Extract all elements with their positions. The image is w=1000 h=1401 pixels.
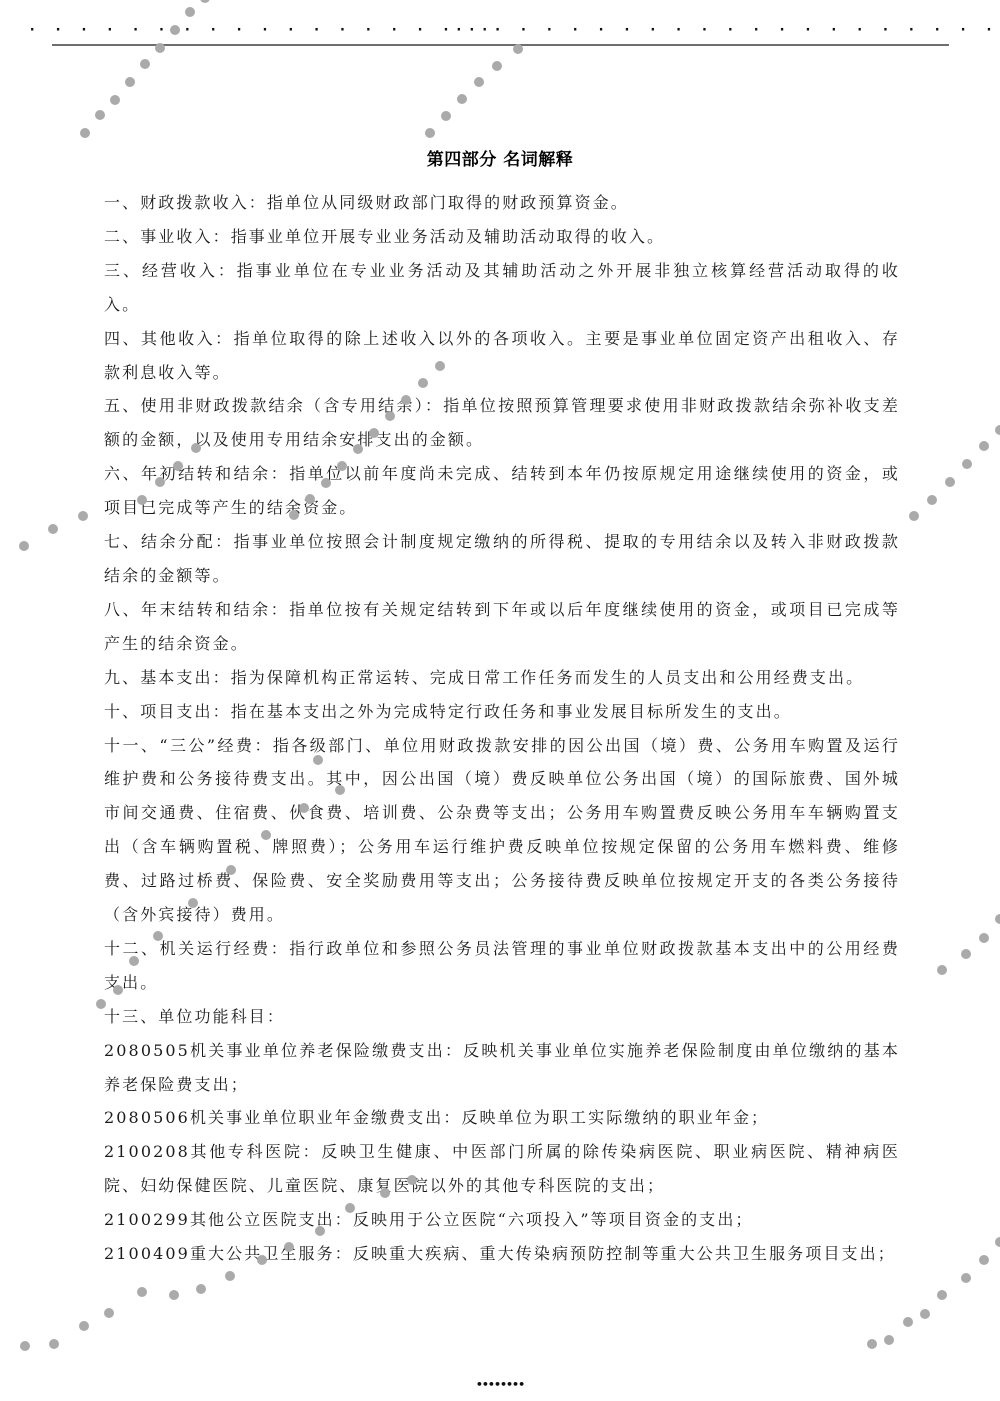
- watermark-dot: [110, 95, 120, 105]
- watermark-dot: [289, 510, 299, 520]
- watermark-dot: [155, 43, 165, 53]
- watermark-dot: [196, 1284, 206, 1294]
- glossary-item-8: 八、年末结转和结余：指单位按有关规定结转到下年或以后年度继续使用的资金，或项目已…: [104, 593, 900, 661]
- watermark-dot: [937, 1290, 947, 1300]
- watermark-dot: [185, 7, 195, 17]
- glossary-item-13: 十三、单位功能科目：: [104, 1000, 900, 1034]
- watermark-dot: [261, 830, 271, 840]
- glossary-item-2: 二、事业收入：指事业单位开展专业业务活动及辅助活动取得的收入。: [104, 220, 900, 254]
- header-rule: [52, 44, 949, 46]
- glossary-item-1: 一、财政拨款收入：指单位从同级财政部门取得的财政预算资金。: [104, 186, 900, 220]
- watermark-dot: [79, 1321, 89, 1331]
- watermark-dot: [125, 77, 135, 87]
- watermark-dot: [867, 1339, 877, 1349]
- glossary-item-11: 十一、“三公”经费：指各级部门、单位用财政拨款安排的因公出国（境）费、公务用车购…: [104, 729, 900, 932]
- watermark-dot: [173, 461, 183, 471]
- watermark-dot: [425, 128, 435, 138]
- footer-dot-leader: ••••••••: [0, 1378, 1000, 1391]
- watermark-dot: [474, 77, 484, 87]
- watermark-dot: [155, 477, 165, 487]
- watermark-dot: [979, 933, 989, 943]
- watermark-dot: [961, 1273, 971, 1283]
- watermark-dot: [909, 511, 919, 521]
- glossary-item-4: 四、其他收入：指单位取得的除上述收入以外的各项收入。主要是事业单位固定资产出租收…: [104, 322, 900, 390]
- watermark-dot: [129, 956, 139, 966]
- watermark-dot: [937, 965, 947, 975]
- watermark-dot: [299, 803, 309, 813]
- glossary-item-10: 十、项目支出：指在基本支出之外为完成特定行政任务和事业发展目标所发生的支出。: [104, 695, 900, 729]
- watermark-dot: [191, 443, 201, 453]
- glossary-item-7: 七、结余分配：指事业单位按照会计制度规定缴纳的所得税、提取的专用结余以及转入非财…: [104, 525, 900, 593]
- function-code-2100409: 2100409重大公共卫生服务：反映重大疾病、重大传染病预防控制等重大公共卫生服…: [104, 1237, 900, 1271]
- page-title: 第四部分 名词解释: [0, 145, 1000, 170]
- watermark-dot: [335, 785, 345, 795]
- watermark-dot: [95, 110, 105, 120]
- watermark-dot: [353, 444, 363, 454]
- watermark-dot: [385, 411, 395, 421]
- watermark-dot: [903, 1317, 913, 1327]
- glossary-item-5: 五、使用非财政拨款结余（含专用结余）：指单位按照预算管理要求使用非财政拨款结余弥…: [104, 389, 900, 457]
- watermark-dot: [995, 914, 1000, 924]
- watermark-dot: [995, 1237, 1000, 1247]
- glossary-item-3: 三、经营收入：指事业单位在专业业务活动及其辅助活动之外开展非独立核算经营活动取得…: [104, 254, 900, 322]
- watermark-dot: [80, 128, 90, 138]
- watermark-dot: [19, 541, 29, 551]
- watermark-dot: [927, 495, 937, 505]
- watermark-dot: [995, 425, 1000, 435]
- watermark-dot: [407, 1175, 417, 1185]
- watermark-dot: [418, 378, 428, 388]
- watermark-dot: [369, 428, 379, 438]
- function-code-2080506: 2080506机关事业单位职业年金缴费支出：反映单位为职工实际缴纳的职业年金；: [104, 1101, 900, 1135]
- watermark-dot: [257, 1255, 267, 1265]
- watermark-dot: [20, 1341, 30, 1351]
- watermark-dot: [78, 511, 88, 521]
- glossary-item-9: 九、基本支出：指为保障机构正常运转、完成日常工作任务而发生的人员支出和公用经费支…: [104, 661, 900, 695]
- watermark-dot: [137, 495, 147, 505]
- watermark-dot: [979, 1255, 989, 1265]
- watermark-dot: [513, 44, 523, 54]
- watermark-dot: [305, 494, 315, 504]
- watermark-dot: [226, 865, 236, 875]
- watermark-dot: [170, 25, 180, 35]
- glossary-item-12: 十二、机关运行经费：指行政单位和参照公务员法管理的事业单位财政拨款基本支出中的公…: [104, 932, 900, 1000]
- watermark-dot: [337, 461, 347, 471]
- watermark-dot: [48, 524, 58, 534]
- watermark-dot: [492, 61, 502, 71]
- watermark-dot: [113, 985, 123, 995]
- watermark-dot: [435, 361, 445, 371]
- watermark-dot: [961, 949, 971, 959]
- function-code-2100299: 2100299其他公立医院支出：反映用于公立医院“六项投入”等项目资金的支出；: [104, 1203, 900, 1237]
- watermark-dot: [945, 477, 955, 487]
- watermark-dot: [200, 0, 210, 3]
- watermark-dot: [401, 395, 411, 405]
- watermark-dot: [457, 94, 467, 104]
- watermark-dot: [884, 1335, 894, 1345]
- watermark-dot: [169, 1290, 179, 1300]
- watermark-dot: [104, 1308, 114, 1318]
- function-code-2100208: 2100208其他专科医院：反映卫生健康、中医部门所属的除传染病医院、职业病医院…: [104, 1135, 900, 1203]
- watermark-dot: [345, 1203, 355, 1213]
- watermark-dot: [979, 441, 989, 451]
- watermark-dot: [188, 898, 198, 908]
- watermark-dot: [49, 1339, 59, 1349]
- watermark-dot: [153, 931, 163, 941]
- watermark-dot: [96, 999, 106, 1009]
- watermark-dot: [140, 59, 150, 69]
- watermark-dot: [315, 1226, 325, 1236]
- watermark-dot: [225, 1271, 235, 1281]
- watermark-dot: [321, 478, 331, 488]
- watermark-dot: [920, 1309, 930, 1319]
- watermark-dot: [962, 459, 972, 469]
- watermark-dot: [313, 755, 323, 765]
- watermark-dot: [441, 111, 451, 121]
- watermark-dot: [380, 1188, 390, 1198]
- glossary-body: 一、财政拨款收入：指单位从同级财政部门取得的财政预算资金。 二、事业收入：指事业…: [104, 186, 900, 1271]
- watermark-dot: [137, 1287, 147, 1297]
- watermark-dot: [284, 1242, 294, 1252]
- glossary-item-6: 六、年初结转和结余：指单位以前年度尚未完成、结转到本年仍按原规定用途继续使用的资…: [104, 457, 900, 525]
- function-code-2080505: 2080505机关事业单位养老保险缴费支出：反映机关事业单位实施养老保险制度由单…: [104, 1034, 900, 1102]
